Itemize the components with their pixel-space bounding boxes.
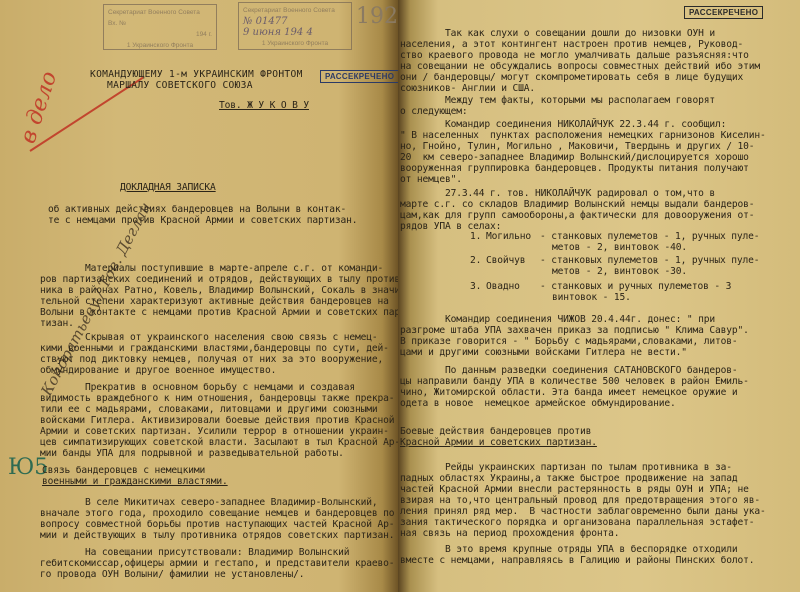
declassified-stamp: РАССЕКРЕЧЕНО (320, 70, 398, 83)
text-line: го провода ОУН Волыни/ фамилии не устано… (40, 570, 304, 581)
text-line: ство краевого провода не могло умалчиват… (400, 51, 749, 62)
page-number: 192 (356, 4, 398, 29)
list-item-village: Овадно (486, 282, 520, 293)
list-item-number: 1. (470, 232, 481, 243)
subtitle-line: об активных действиях бандеровцев на Вол… (48, 205, 346, 216)
text-line: марте с.г. со складов Владимир Волынский… (400, 200, 754, 211)
text-line: Скрывая от украинского населения свою св… (40, 333, 378, 344)
text-line: мии и действующих в тылу противника отря… (40, 531, 394, 542)
text-line: ления принял ряд мер. В частности заблаг… (400, 507, 766, 518)
text-line: вопросу совместной борьбы против наступа… (40, 520, 394, 531)
text-line: 27.3.44 г. тов. НИКОЛАЙЧУК радировал о т… (400, 189, 715, 200)
text-line: ров партизанских соединений и отрядов, д… (40, 275, 398, 286)
text-line: видимость враждебного к ним отношения, б… (40, 394, 394, 405)
text-line: гебитскомиссар,офицеры армии и гестапо, … (40, 559, 394, 570)
document-title: ДОКЛАДНАЯ ЗАПИСКА (120, 183, 216, 194)
stamp-header: Секретариат Военного Совета (108, 7, 212, 18)
list-item-detail: - станковых и ручных пулеметов - 3 (540, 282, 731, 293)
text-line: Между тем факты, которыми мы располагаем… (400, 96, 715, 107)
stamp-footer: 1 Украинского Фронта (243, 38, 347, 49)
text-line: вместе с немцами, направляясь в Галицию … (400, 556, 754, 567)
text-line: Волыни в контакте с немцами против Красн… (40, 308, 398, 319)
text-line: о следующем: (400, 107, 468, 118)
text-line: частей Красной Армии внесли растерянност… (400, 485, 749, 496)
subtitle-line: те с немцами против Красной Армии и сове… (48, 216, 357, 227)
list-item-detail: - станковых пулеметов - 1, ручных пуле- (540, 256, 759, 267)
text-line: но, Гнойно, Тулин, Могильно , Маковичи, … (400, 142, 754, 153)
list-item-detail: винтовок - 15. (552, 293, 631, 304)
list-item-detail: - станковых пулеметов - 1, ручных пуле- (540, 232, 759, 243)
text-line: разгроме штаба УПА захвачен приказ за по… (400, 326, 749, 337)
text-line: союзников- Англии и США. (400, 84, 535, 95)
text-line: Материалы поступившие в марте-апреле с.г… (40, 264, 383, 275)
stamp-number: № 01477 (243, 16, 347, 27)
text-line: мии банды УПА для подрывной и разведыват… (40, 449, 344, 460)
section-heading: Красной Армии и советских партизан. (400, 438, 597, 449)
declassified-stamp: РАССЕКРЕЧЕНО (684, 6, 763, 19)
text-line: Командир соединения НИКОЛАЙЧУК 22.3.44 г… (400, 120, 726, 131)
text-line: В приказе говорится - " Борьбу с мадьяра… (400, 337, 738, 348)
incoming-stamp-1: Секретариат Военного Совета Вх. № 194 г.… (103, 4, 217, 50)
text-line: На совещании присутствовали: Владимир Во… (40, 548, 349, 559)
addressee-line-2: МАРШАЛУ СОВЕТСКОГО СОЮЗА (107, 81, 253, 92)
addressee-line-1: КОМАНДУЮЩЕМУ 1-м УКРАИНСКИМ ФРОНТОМ (90, 70, 303, 81)
text-line: чино, Житомирской области. Эта банда име… (400, 388, 738, 399)
text-line: В это время крупные отряды УПА в беспоря… (400, 545, 738, 556)
incoming-stamp-2: Секретариат Военного Совета № 01477 9 ию… (238, 2, 352, 50)
list-item-village: Могильно (486, 232, 531, 243)
text-line: тизан. (40, 319, 74, 330)
text-line: Так как слухи о совещании дошли до низов… (400, 29, 715, 40)
text-line: цев симпатизирующих советской власти. За… (40, 438, 398, 449)
text-line: кими военными и гражданскими властями,ба… (40, 344, 389, 355)
text-line: тили ее с мадьярами, словаками, литовцам… (40, 405, 378, 416)
stamp-footer: 1 Украинского Фронта (108, 40, 212, 51)
text-line: Командир соединения ЧИЖОВ 20.4.44г. доне… (400, 315, 715, 326)
text-line: Рейды украинских партизан по тылам проти… (400, 463, 732, 474)
text-line: населения, а этот контингент настроен пр… (400, 40, 743, 51)
section-heading: Боевые действия бандеровцев против (400, 427, 591, 438)
list-item-number: 2. (470, 256, 481, 267)
text-line: Армии и советских партизан. Усилили терр… (40, 427, 389, 438)
text-line: тельной степени характеризуют активные д… (40, 297, 389, 308)
text-line: цам,как для групп самообороны,а фактичес… (400, 211, 754, 222)
text-line: Прекратив в основном борьбу с немцами и … (40, 383, 355, 394)
list-item-number: 3. (470, 282, 481, 293)
text-line: В селе Микитичах северо-западнее Владими… (40, 498, 378, 509)
list-item-detail: метов - 2, винтовок -30. (552, 267, 687, 278)
text-line: цами и другими союзными войсками Гитлера… (400, 348, 687, 359)
text-line: По данным разведки соединения САТАНОВСКО… (400, 366, 738, 377)
text-line: от немцев". (400, 175, 462, 186)
list-item-village: Свойчув (486, 256, 525, 267)
text-line: зания тактического порядка и организован… (400, 518, 754, 529)
text-line: вооруженная группировка бандеровцев. Про… (400, 164, 749, 175)
section-heading: Связь бандеровцев с немецкими (42, 466, 205, 477)
text-line: ствуют под диктовку немцев, получая от н… (40, 355, 383, 366)
text-line: ная связь на период прохождения фронта. (400, 529, 619, 540)
stamp-line: 194 г. (108, 29, 212, 40)
text-line: одета в новое немецкое армейское обмунди… (400, 399, 676, 410)
right-page: РАССЕКРЕЧЕНО Так как слухи о совещании д… (398, 0, 800, 592)
left-page: Секретариат Военного Совета Вх. № 194 г.… (0, 0, 398, 592)
stamp-date: 9 июня 194 4 (243, 27, 347, 38)
text-line: на совещании не обсуждались вопросы совм… (400, 62, 760, 73)
text-line: цы направили банду УПА в количестве 500 … (400, 377, 749, 388)
text-line: " В населенных пунктах расположения неме… (400, 131, 766, 142)
text-line: они / бандеровцы/ могут скомпрометироват… (400, 73, 743, 84)
text-line: ника в районах Ратно, Ковель, Владимир В… (40, 286, 398, 297)
text-line: вначале этого года, проходило совещание … (40, 509, 394, 520)
stamp-header: Секретариат Военного Совета (243, 5, 347, 16)
text-line: 20 км северо-западнее Владимир Волынский… (400, 153, 749, 164)
text-line: падных областях Украины,а также быстрое … (400, 474, 738, 485)
text-line: войсками Гитлера. Активизировали боевые … (40, 416, 394, 427)
text-line: взирая на то,что центральный провод для … (400, 496, 760, 507)
section-heading: военными и гражданскими властями. (42, 477, 228, 488)
addressee-name: Тов. Ж У К О В У (219, 101, 309, 112)
list-item-detail: метов - 2, винтовок -40. (552, 243, 687, 254)
stamp-line: Вх. № (108, 18, 212, 29)
text-line: обмундирование и другое военное имуществ… (40, 366, 276, 377)
